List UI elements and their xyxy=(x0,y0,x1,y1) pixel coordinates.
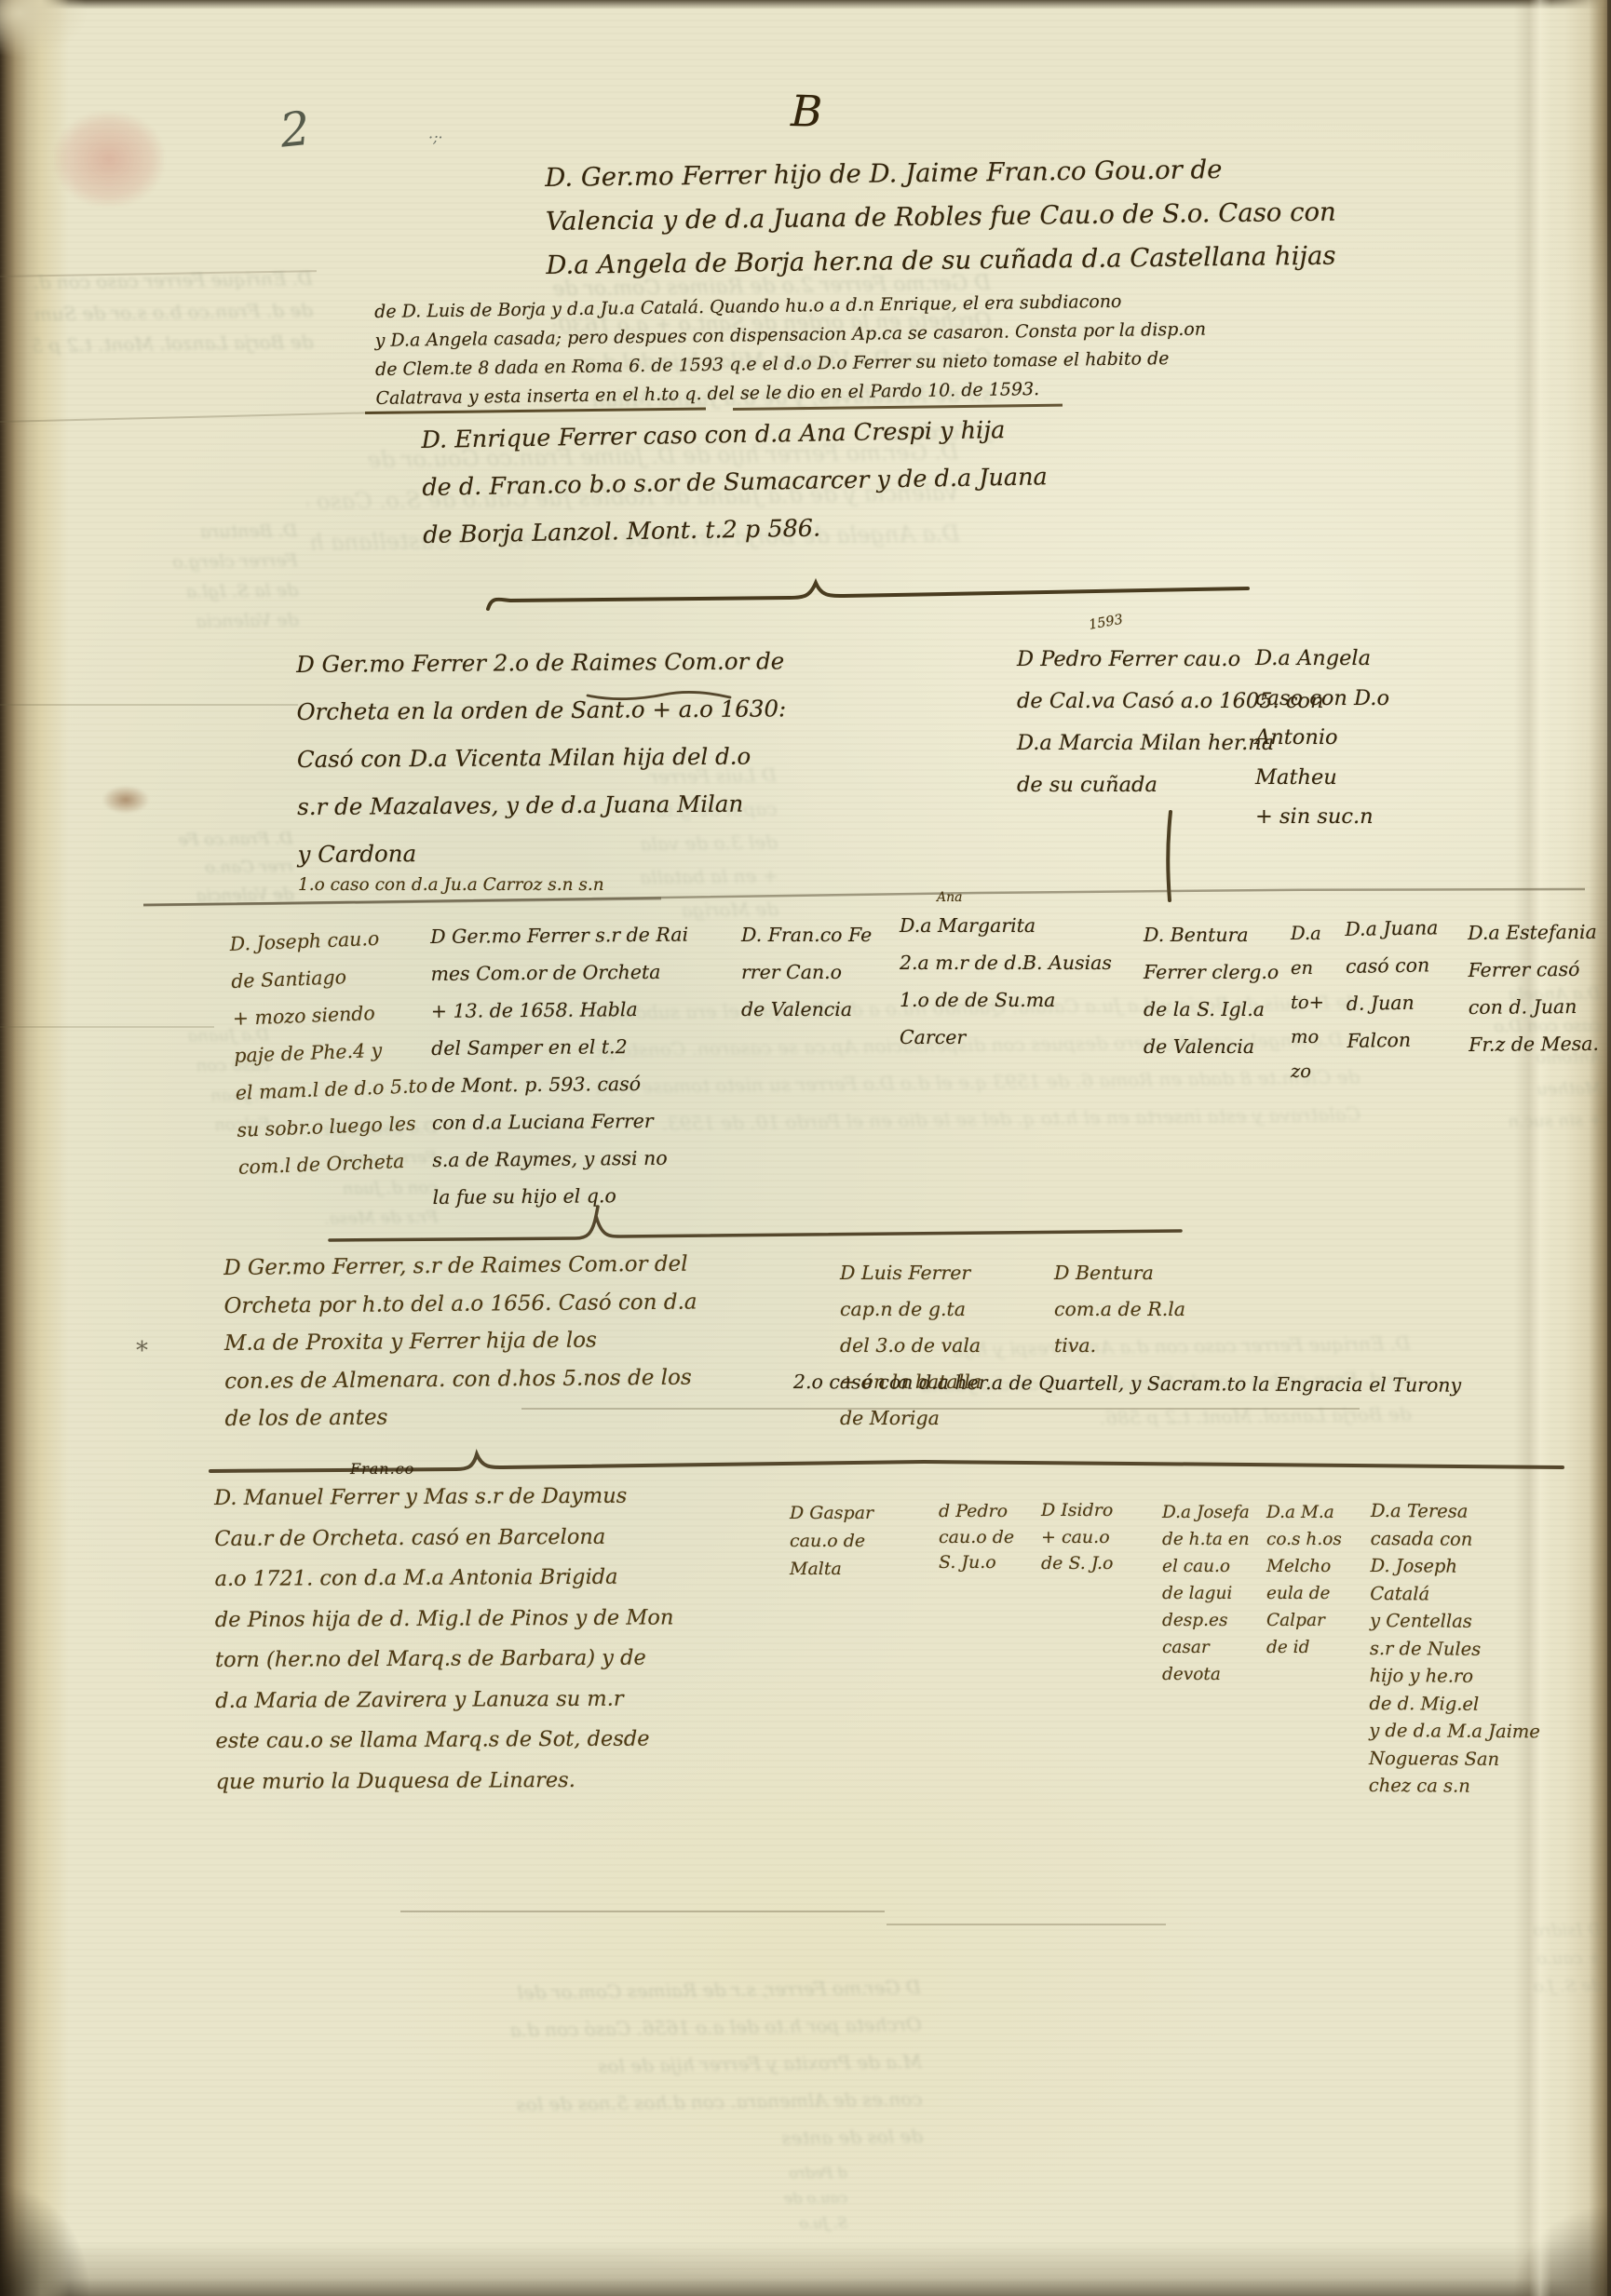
tier2-geronimo: D Ger.mo Ferrer s.r de Raimes Com.or de … xyxy=(430,916,691,1216)
bottom-left-shadow xyxy=(0,2132,112,2296)
right-edge-line xyxy=(1607,0,1611,2296)
bleed-through: D. Enrique Ferrer caso con d.a Ana Cresp… xyxy=(33,263,313,361)
tier2-hija-moza: D.aento+mozo xyxy=(1291,916,1324,1088)
tier2-francisco: D. Fran.co Ferrer Can.ode Valencia xyxy=(741,916,872,1028)
faint-rule xyxy=(400,1911,885,1912)
tier2-joseph: D. Joseph cau.ode Santiago+ mozo siendop… xyxy=(229,918,431,1186)
verso-rule xyxy=(0,270,317,277)
tier2-margarita: D.a Margarita2.a m.r de d.B. Ausias1.o d… xyxy=(900,907,1112,1056)
bleed-through: D. BenturaFerrer clerg.ode la S. Igl.ade… xyxy=(36,516,299,639)
connector-line xyxy=(1160,810,1177,903)
bleed-through: D Ger.mo Ferrer, s.r de Raimes Com.or de… xyxy=(399,1968,924,2162)
tier4-isidro: D Isidro+ cau.ode S. J.o xyxy=(1041,1497,1113,1577)
tier3-geronimo: D Ger.mo Ferrer, s.r de Raimes Com.or de… xyxy=(223,1246,698,1438)
tier1-superscript-1593: 1593 xyxy=(1088,613,1124,633)
tier1-geronimo-ferrer: D Ger.mo Ferrer 2.o de Raimes Com.or deO… xyxy=(296,637,787,878)
rust-stain xyxy=(102,786,149,814)
paragraph-enrique-ferrer: D. Enrique Ferrer caso con d.a Ana Cresp… xyxy=(421,406,1049,560)
verso-rule xyxy=(0,411,400,423)
tier4-teresa: D.a Teresacasada conD. JosephCataláy Cen… xyxy=(1369,1497,1542,1801)
bleed-through: D. Fran.co Ferrer Can.ode Valencia xyxy=(50,825,293,912)
paragraph-geronimo-ferrer: D. Ger.mo Ferrer hijo de D. Jaime Fran.c… xyxy=(545,147,1337,288)
tier4-gaspar: D Gasparcau.o deMalta xyxy=(790,1499,873,1583)
genealogy-brace xyxy=(482,575,1255,620)
tier3-luis: D Luis Ferrercap.n de g.tadel 3.o de val… xyxy=(840,1255,981,1437)
tier4-manuel-ferrer: D. Manuel Ferrer y Mas s.r de DaymusCau.… xyxy=(214,1476,674,1803)
tier3-bentura: D Benturacom.a de R.lativa. xyxy=(1054,1255,1185,1364)
tier3-second-marriage: 2.o casó con d.a her.a de Quartell, y Sa… xyxy=(793,1371,1461,1397)
tier4-label-francisco: Fran.co xyxy=(350,1460,414,1478)
tier2-juana: D.a Juanacasó cond. JuanFalcon xyxy=(1345,909,1441,1060)
section-letter: B xyxy=(791,86,823,137)
page-number: 2 xyxy=(278,101,313,158)
tier4-maria: D.a M.aco.s h.osMelchoeula deCalparde id xyxy=(1266,1499,1342,1661)
tier1-angela: D.a Angelacaso con D.oAntonioMatheu+ sin… xyxy=(1255,639,1389,837)
tier2-superscript-ana: Ana xyxy=(937,890,962,905)
tier4-josefa: D.a Josefade h.ta enel cau.ode laguidesp… xyxy=(1162,1499,1250,1688)
verso-rule xyxy=(0,1026,214,1028)
paragraph-geronimo-ferrer-small: de D. Luis de Borja y d.a Ju.a Catalá. Q… xyxy=(374,287,1207,413)
manuscript-page: D. Enrique Ferrer caso con d.a Ana Cresp… xyxy=(0,0,1611,2296)
margin-asterisk: * xyxy=(136,1337,148,1365)
bottom-right-shadow xyxy=(1490,2169,1611,2296)
page-curl-crease xyxy=(1514,0,1551,2296)
tier4-pedro: d Pedrocau.o deS. Ju.o xyxy=(939,1499,1014,1576)
tier1-note: 1.o caso con d.a Ju.a Carroz s.n s.n xyxy=(298,875,604,895)
bleed-through: D Isidro+ cau.ode S. J.o xyxy=(1396,1916,1602,2003)
verso-rule xyxy=(0,704,298,706)
tier2-estefania: D.a EstefaniaFerrer casócon d. JuanFr.z … xyxy=(1468,913,1599,1063)
tier2-bentura: D. BenturaFerrer clerg.ode la S. Igl.ade… xyxy=(1144,916,1279,1065)
bleed-through: d Pedrocau.o deS. Ju.o xyxy=(548,2160,847,2239)
ink-stamp xyxy=(54,112,164,207)
top-left-corner xyxy=(0,0,102,65)
margin-marks: ·;· xyxy=(428,128,443,146)
faint-rule xyxy=(887,1924,1166,1925)
